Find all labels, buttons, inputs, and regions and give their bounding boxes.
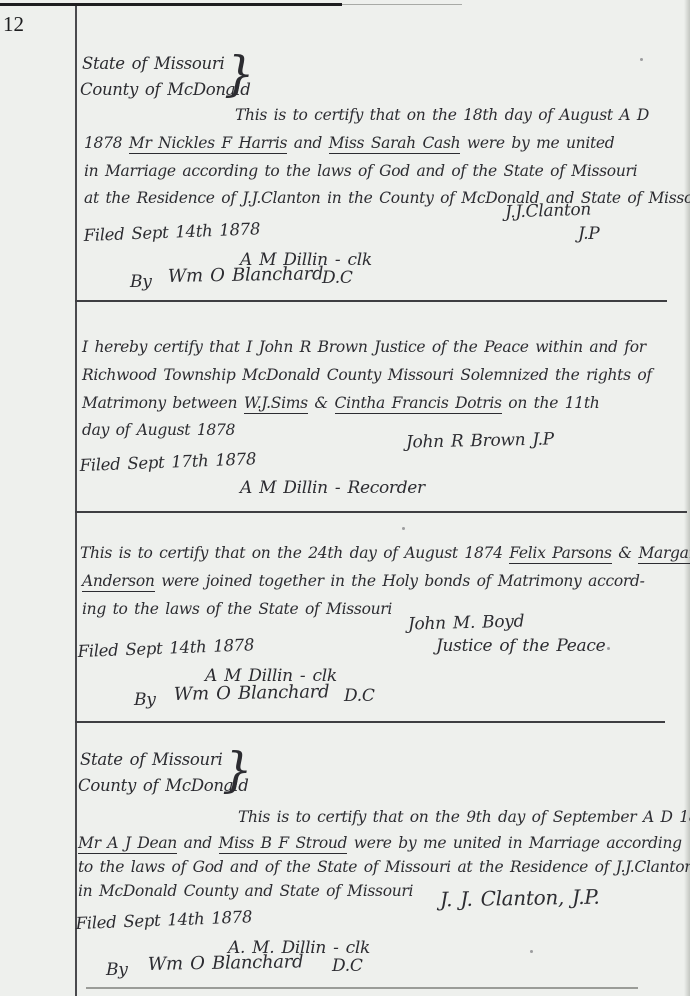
record-3-cert-line-1: This is to certify that on the 24th day … (80, 544, 690, 562)
record-2-cert-line-2: Richwood Township McDonald County Missou… (82, 366, 652, 384)
record-2-filed-date: Filed Sept 17th 1878 (79, 449, 256, 475)
record-1-state-line: State of Missouri (82, 54, 224, 73)
record-2-cert-line-4: day of August 1878 (82, 421, 235, 439)
bottom-edge-line (86, 987, 638, 989)
record-1-deputy-title: D.C (322, 268, 353, 288)
record-4-by-label: By (106, 960, 128, 980)
bride-name-part-2: Anderson (82, 572, 155, 592)
scan-speck (402, 527, 405, 530)
record-separator-3 (75, 721, 665, 723)
top-edge-line-faint (342, 4, 462, 5)
record-3-filed-date: Filed Sept 14th 1878 (77, 635, 254, 661)
record-1-by-label: By (130, 272, 152, 292)
bride-name: Cintha Francis Dotris (335, 394, 502, 414)
record-4-deputy-title: D.C (332, 956, 363, 976)
record-3-cert-line-3: ing to the laws of the State of Missouri (82, 600, 392, 618)
groom-name: W.J.Sims (244, 394, 308, 414)
record-4-cert-line-4: in McDonald County and State of Missouri (78, 882, 413, 900)
left-margin-rule (75, 6, 77, 996)
record-4-state-line: State of Missouri (80, 750, 222, 769)
groom-name: Mr A J Dean (78, 834, 177, 854)
record-separator-1 (75, 300, 667, 302)
scan-speck (640, 58, 643, 61)
record-1-cert-line-4: at the Residence of J.J.Clanton in the C… (84, 189, 690, 207)
record-4-cert-line-2: Mr A J Dean and Miss B F Stroud were by … (78, 834, 682, 852)
record-4-signature: J. J. Clanton, J.P. (440, 885, 600, 912)
record-3-signature-title: Justice of the Peace (436, 636, 605, 656)
bride-name-part-1: Margaret (638, 544, 690, 564)
bride-name: Miss B F Stroud (219, 834, 348, 854)
top-edge-line (0, 3, 342, 6)
groom-name: Mr Nickles F Harris (129, 134, 287, 154)
page-number: 12 (3, 12, 24, 37)
record-3-signature: John M. Boyd (408, 611, 525, 634)
bride-name: Miss Sarah Cash (329, 134, 461, 154)
scan-speck (530, 950, 533, 953)
record-4-filed-date: Filed Sept 14th 1878 (75, 907, 252, 933)
scan-speck (607, 647, 610, 650)
record-3-cert-line-2: Anderson were joined together in the Hol… (82, 572, 645, 590)
record-1-deputy-signature: Wm O Blanchard (168, 263, 324, 287)
marriage-record-page: 12 State of Missouri County of McDonald … (0, 0, 690, 996)
record-3-by-label: By (134, 690, 156, 710)
page-right-edge-shadow (684, 0, 690, 996)
record-2-signature: John R Brown J.P (406, 429, 554, 452)
record-1-signature-title: J.P (578, 224, 599, 244)
record-1-signature: J.J.Clanton (505, 200, 592, 223)
record-2-cert-line-1: I hereby certify that I John R Brown Jus… (82, 338, 646, 356)
groom-name: Felix Parsons (509, 544, 611, 564)
record-2-cert-line-3: Matrimony between W.J.Sims & Cintha Fran… (82, 394, 599, 412)
record-3-deputy-signature: Wm O Blanchard (174, 681, 330, 705)
record-3-deputy-title: D.C (344, 686, 375, 706)
record-2-recorder-signature: A M Dillin - Recorder (240, 478, 425, 498)
record-1-cert-line-1: This is to certify that on the 18th day … (235, 106, 649, 124)
record-1-cert-line-2: 1878 Mr Nickles F Harris and Miss Sarah … (84, 134, 614, 152)
record-4-brace: } (222, 744, 253, 796)
record-1-filed-date: Filed Sept 14th 1878 (83, 219, 260, 245)
record-4-cert-line-1: This is to certify that on the 9th day o… (238, 808, 690, 826)
record-1-brace: } (224, 48, 255, 100)
record-4-deputy-signature: Wm O Blanchard (148, 951, 304, 975)
record-4-cert-line-3: to the laws of God and of the State of M… (78, 858, 690, 876)
record-separator-2 (75, 511, 687, 513)
record-1-cert-line-3: in Marriage according to the laws of God… (84, 162, 637, 180)
